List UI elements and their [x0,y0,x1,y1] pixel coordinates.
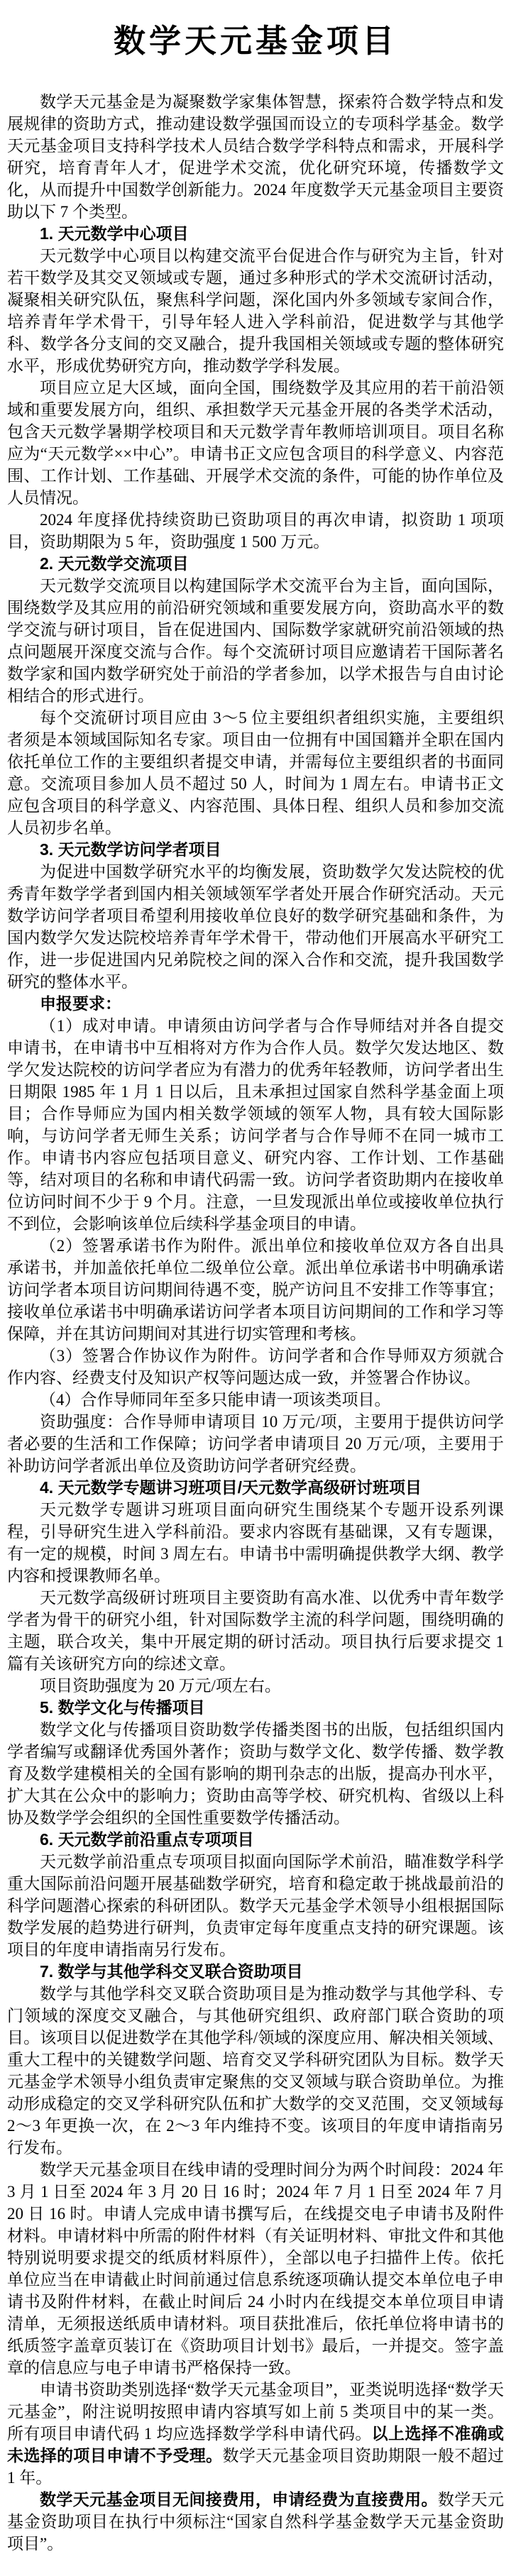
bold-text-run: 2. 天元数学交流项目 [40,554,189,573]
paragraph: （3）签署合作协议作为附件。访问学者和合作导师双方须就合作内容、经费支付及知识产… [7,1345,504,1389]
document-body: 数学天元基金是为凝聚数学家集体智慧，探索符合数学特点和发展规律的资助方式，推动建… [7,91,504,2555]
document-page: 数学天元基金项目 数学天元基金是为凝聚数学家集体智慧，探索符合数学特点和发展规律… [0,0,511,2576]
paragraph: （2）签署承诺书作为附件。派出单位和接收单位双方各自出具承诺书，并加盖依托单位二… [7,1235,504,1345]
text-run: 天元数学高级研讨班项目主要资助有高水准、以优秀中青年数学学者为骨干的研究小组，针… [7,1589,504,1673]
text-run: 为促进中国数学研究水平的均衡发展，资助数学欠发达院校的优秀青年数学学者到国内相关… [7,863,504,991]
paragraph: 数学天元基金项目在线申请的受理时间分为两个时间段：2024 年 3 月 1 日至… [7,2159,504,2379]
text-run: （2）签署承诺书作为附件。派出单位和接收单位双方各自出具承诺书，并加盖依托单位二… [7,1237,504,1343]
text-run: 天元数学交流项目以构建国际学术交流平台为主旨，面向国际，围绕数学及其应用的前沿研… [7,577,504,705]
text-run: （3）签署合作协议作为附件。访问学者和合作导师双方须就合作内容、经费支付及知识产… [7,1347,504,1387]
text-run: （1）成对申请。申请须由访问学者与合作导师结对并各自提交申请书，在申请书中互相将… [7,1017,504,1233]
paragraph: 天元数学前沿重点专项项目拟面向国际学术前沿，瞄准数学科学重大国际前沿问题开展基础… [7,1851,504,1961]
paragraph: 每个交流研讨项目应由 3～5 位主要组织者组织实施，主要组织者须是本领域国际知名… [7,707,504,839]
bold-text-run: 5. 数学文化与传播项目 [40,1698,205,1717]
text-run: 数学天元基金项目在线申请的受理时间分为两个时间段：2024 年 3 月 1 日至… [7,2161,504,2377]
section-heading: 2. 天元数学交流项目 [7,553,504,575]
section-heading: 5. 数学文化与传播项目 [7,1697,504,1719]
paragraph: 天元数学专题讲习班项目面向研究生围绕某个专题开设系列课程，引导研究生进入学科前沿… [7,1499,504,1587]
paragraph: 资助强度：合作导师申请项目 10 万元/项，主要用于提供访问学者必要的生活和工作… [7,1411,504,1477]
text-run: 项目资助强度为 20 万元/项左右。 [40,1677,281,1695]
text-run: 天元数学前沿重点专项项目拟面向国际学术前沿，瞄准数学科学重大国际前沿问题开展基础… [7,1853,504,1959]
section-heading: 3. 天元数学访问学者项目 [7,839,504,861]
paragraph: 数学与其他学科交叉联合资助项目是为推动数学与其他学科、专门领域的深度交叉融合，与… [7,1983,504,2159]
text-run: （4）合作导师同年至多只能申请一项该类项目。 [40,1391,391,1409]
text-run: 数学文化与传播项目资助数学传播类图书的出版，包括组织国内学者编写或翻译优秀国外著… [7,1721,504,1827]
text-run: 数学天元基金是为凝聚数学家集体智慧，探索符合数学特点和发展规律的资助方式，推动建… [7,93,504,221]
section-heading: 4. 天元数学专题讲习班项目/天元数学高级研讨班项目 [7,1477,504,1499]
paragraph: 天元数学高级研讨班项目主要资助有高水准、以优秀中青年数学学者为骨干的研究小组，针… [7,1587,504,1675]
paragraph: （4）合作导师同年至多只能申请一项该类项目。 [7,1389,504,1411]
section-heading: 6. 天元数学前沿重点专项项目 [7,1829,504,1851]
paragraph: 数学天元基金项目无间接费用，申请经费为直接费用。数学天元基金资助项目在执行中须标… [7,2489,504,2555]
document-title: 数学天元基金项目 [7,21,504,61]
text-run: 资助强度：合作导师申请项目 10 万元/项，主要用于提供访问学者必要的生活和工作… [7,1413,504,1475]
paragraph: 项目资助强度为 20 万元/项左右。 [7,1675,504,1697]
bold-text-run: 4. 天元数学专题讲习班项目/天元数学高级研讨班项目 [40,1478,422,1497]
paragraph: 天元数学交流项目以构建国际学术交流平台为主旨，面向国际，围绕数学及其应用的前沿研… [7,575,504,707]
bold-text-run: 7. 数学与其他学科交叉联合资助项目 [40,1962,303,1981]
paragraph: （1）成对申请。申请须由访问学者与合作导师结对并各自提交申请书，在申请书中互相将… [7,1015,504,1235]
bold-text-run: 1. 天元数学中心项目 [40,224,189,243]
section-heading: 7. 数学与其他学科交叉联合资助项目 [7,1961,504,1983]
text-run: 天元数学专题讲习班项目面向研究生围绕某个专题开设系列课程，引导研究生进入学科前沿… [7,1501,504,1585]
text-run: 2024 年度择优持续资助已资助项目的再次申请，拟资助 1 项项目，资助期限为 … [7,511,504,551]
paragraph: 2024 年度择优持续资助已资助项目的再次申请，拟资助 1 项项目，资助期限为 … [7,509,504,553]
paragraph: 天元数学中心项目以构建交流平台促进合作与研究为主旨，针对若干数学及其交叉领域或专… [7,245,504,377]
text-run: 每个交流研讨项目应由 3～5 位主要组织者组织实施，主要组织者须是本领域国际知名… [7,709,504,837]
paragraph: 申请书资助类别选择“数学天元基金项目”，亚类说明选择“数学天元基金”，附注说明按… [7,2379,504,2489]
text-run: 数学与其他学科交叉联合资助项目是为推动数学与其他学科、专门领域的深度交叉融合，与… [7,1985,504,2157]
text-run: 天元数学中心项目以构建交流平台促进合作与研究为主旨，针对若干数学及其交叉领域或专… [7,247,504,375]
section-heading: 1. 天元数学中心项目 [7,223,504,245]
section-heading: 申报要求： [7,993,504,1015]
paragraph: 项目应立足大区域，面向全国，围绕数学及其应用的若干前沿领域和重要发展方向，组织、… [7,377,504,509]
text-run: 项目应立足大区域，面向全国，围绕数学及其应用的若干前沿领域和重要发展方向，组织、… [7,379,504,507]
bold-text-run: 6. 天元数学前沿重点专项项目 [40,1830,254,1849]
bold-text-run: 申报要求： [40,994,121,1013]
bold-text-run: 3. 天元数学访问学者项目 [40,840,221,859]
paragraph: 为促进中国数学研究水平的均衡发展，资助数学欠发达院校的优秀青年数学学者到国内相关… [7,861,504,993]
paragraph: 数学天元基金是为凝聚数学家集体智慧，探索符合数学特点和发展规律的资助方式，推动建… [7,91,504,223]
paragraph: 数学文化与传播项目资助数学传播类图书的出版，包括组织国内学者编写或翻译优秀国外著… [7,1719,504,1829]
bold-text-run: 数学天元基金项目无间接费用，申请经费为直接费用。 [40,2490,438,2509]
